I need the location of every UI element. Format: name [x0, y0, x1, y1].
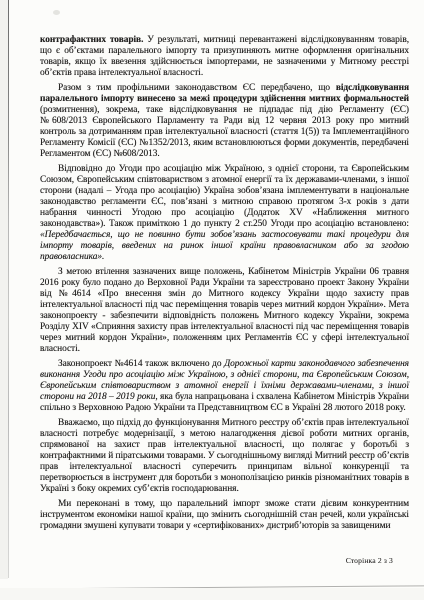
paragraph: Відповідно до Угоди про асоціацію між Ук…: [40, 164, 409, 263]
text-run: «Передбачається, що не повинно бути зобо…: [40, 230, 409, 262]
paragraph: контрафактних товарів. У результаті, мит…: [40, 35, 409, 79]
text-run: Разом з тим профільними законодавством Є…: [58, 83, 336, 93]
scanned-page: контрафактних товарів. У результаті, мит…: [0, 0, 424, 600]
paragraph: З метою втілення зазначених вище положен…: [40, 267, 409, 355]
scan-margin-strip: [0, 0, 8, 579]
text-run: (розмитнення), зокрема, таке відслідкову…: [40, 105, 409, 159]
paragraph: Ми переконані в тому, що паралельний імп…: [40, 499, 409, 532]
text-run: контрафактних товарів.: [40, 35, 143, 45]
document-body: контрафактних товарів. У результаті, мит…: [40, 35, 409, 536]
paragraph: Законопроект №4614 також включено до Дор…: [40, 359, 409, 414]
paragraph: Вважаємо, що підхід до функціонування Ми…: [40, 418, 409, 495]
text-run: Вважаємо, що підхід до функціонування Ми…: [40, 418, 409, 494]
scan-below-page-area: [0, 588, 424, 600]
text-run: З метою втілення зазначених вище положен…: [40, 267, 409, 354]
text-run: Ми переконані в тому, що паралельний імп…: [40, 499, 409, 531]
scan-smudge: [53, 10, 60, 15]
page-number: Сторінка 2 з 3: [346, 556, 393, 565]
text-run: Законопроект №4614 також включено до: [58, 359, 224, 369]
text-run: Відповідно до Угоди про асоціацію між Ук…: [40, 164, 409, 229]
paragraph: Разом з тим профільними законодавством Є…: [40, 83, 409, 160]
scan-edge-line: [8, 0, 9, 578]
